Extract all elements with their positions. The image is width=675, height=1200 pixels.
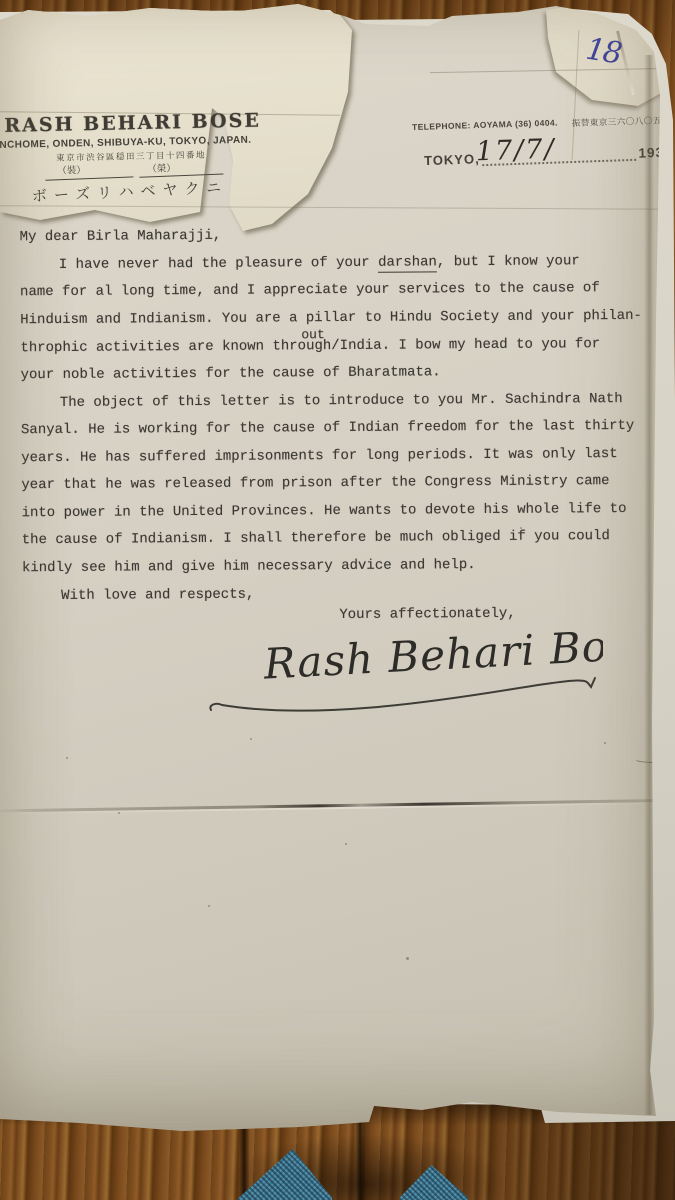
body-line: kindly see him and give him necessary ad… [22, 557, 476, 576]
page-right-edge-shadow [644, 55, 654, 1115]
salutation: My dear Birla Maharajji, [20, 228, 222, 245]
photo-scene: 18 RASH BEHARI BOSE SANCHOME, ONDEN, SHI… [0, 0, 675, 1200]
body-line: Sanyal. He is working for the cause of I… [21, 418, 634, 438]
body-line: name for al long time, and I appreciate … [20, 280, 600, 300]
handwritten-date: 17/7/ [475, 134, 556, 168]
body-text: , but I know your [437, 253, 580, 270]
body-text: I have never had the pleasure of your [59, 255, 378, 273]
letter-body: My dear Birla Maharajji, I have never ha… [0, 0, 675, 2]
body-line: year that he was released from prison af… [21, 473, 609, 493]
body-line: your noble activities for the cause of B… [21, 364, 441, 383]
letterhead-bracket-right: （榮） [147, 160, 176, 175]
body-line: years. He has suffered imprisonments for… [21, 446, 618, 466]
letterhead-bracket-left: （裝） [57, 162, 86, 177]
body-line: throphic activities are known through/In… [20, 336, 600, 356]
flourish-stroke [210, 678, 595, 711]
body-line: I have never had the pleasure of your da… [59, 253, 580, 273]
handwritten-page-number: 18 [583, 32, 622, 72]
body-line: The object of this letter is to introduc… [60, 391, 623, 411]
body-line: into power in the United Provinces. He w… [22, 501, 627, 521]
dateline-city: TOKYO, [424, 151, 480, 168]
closing-line: With love and respects, [61, 587, 254, 604]
signature-flourish [203, 676, 613, 722]
underlined-word-darshan: darshan [378, 254, 437, 272]
body-line: the cause of Indianism. I shall therefor… [22, 528, 610, 548]
letter-page: 18 RASH BEHARI BOSE SANCHOME, ONDEN, SHI… [0, 0, 675, 1134]
body-line: Hinduism and Indianism. You are a pillar… [20, 308, 642, 328]
